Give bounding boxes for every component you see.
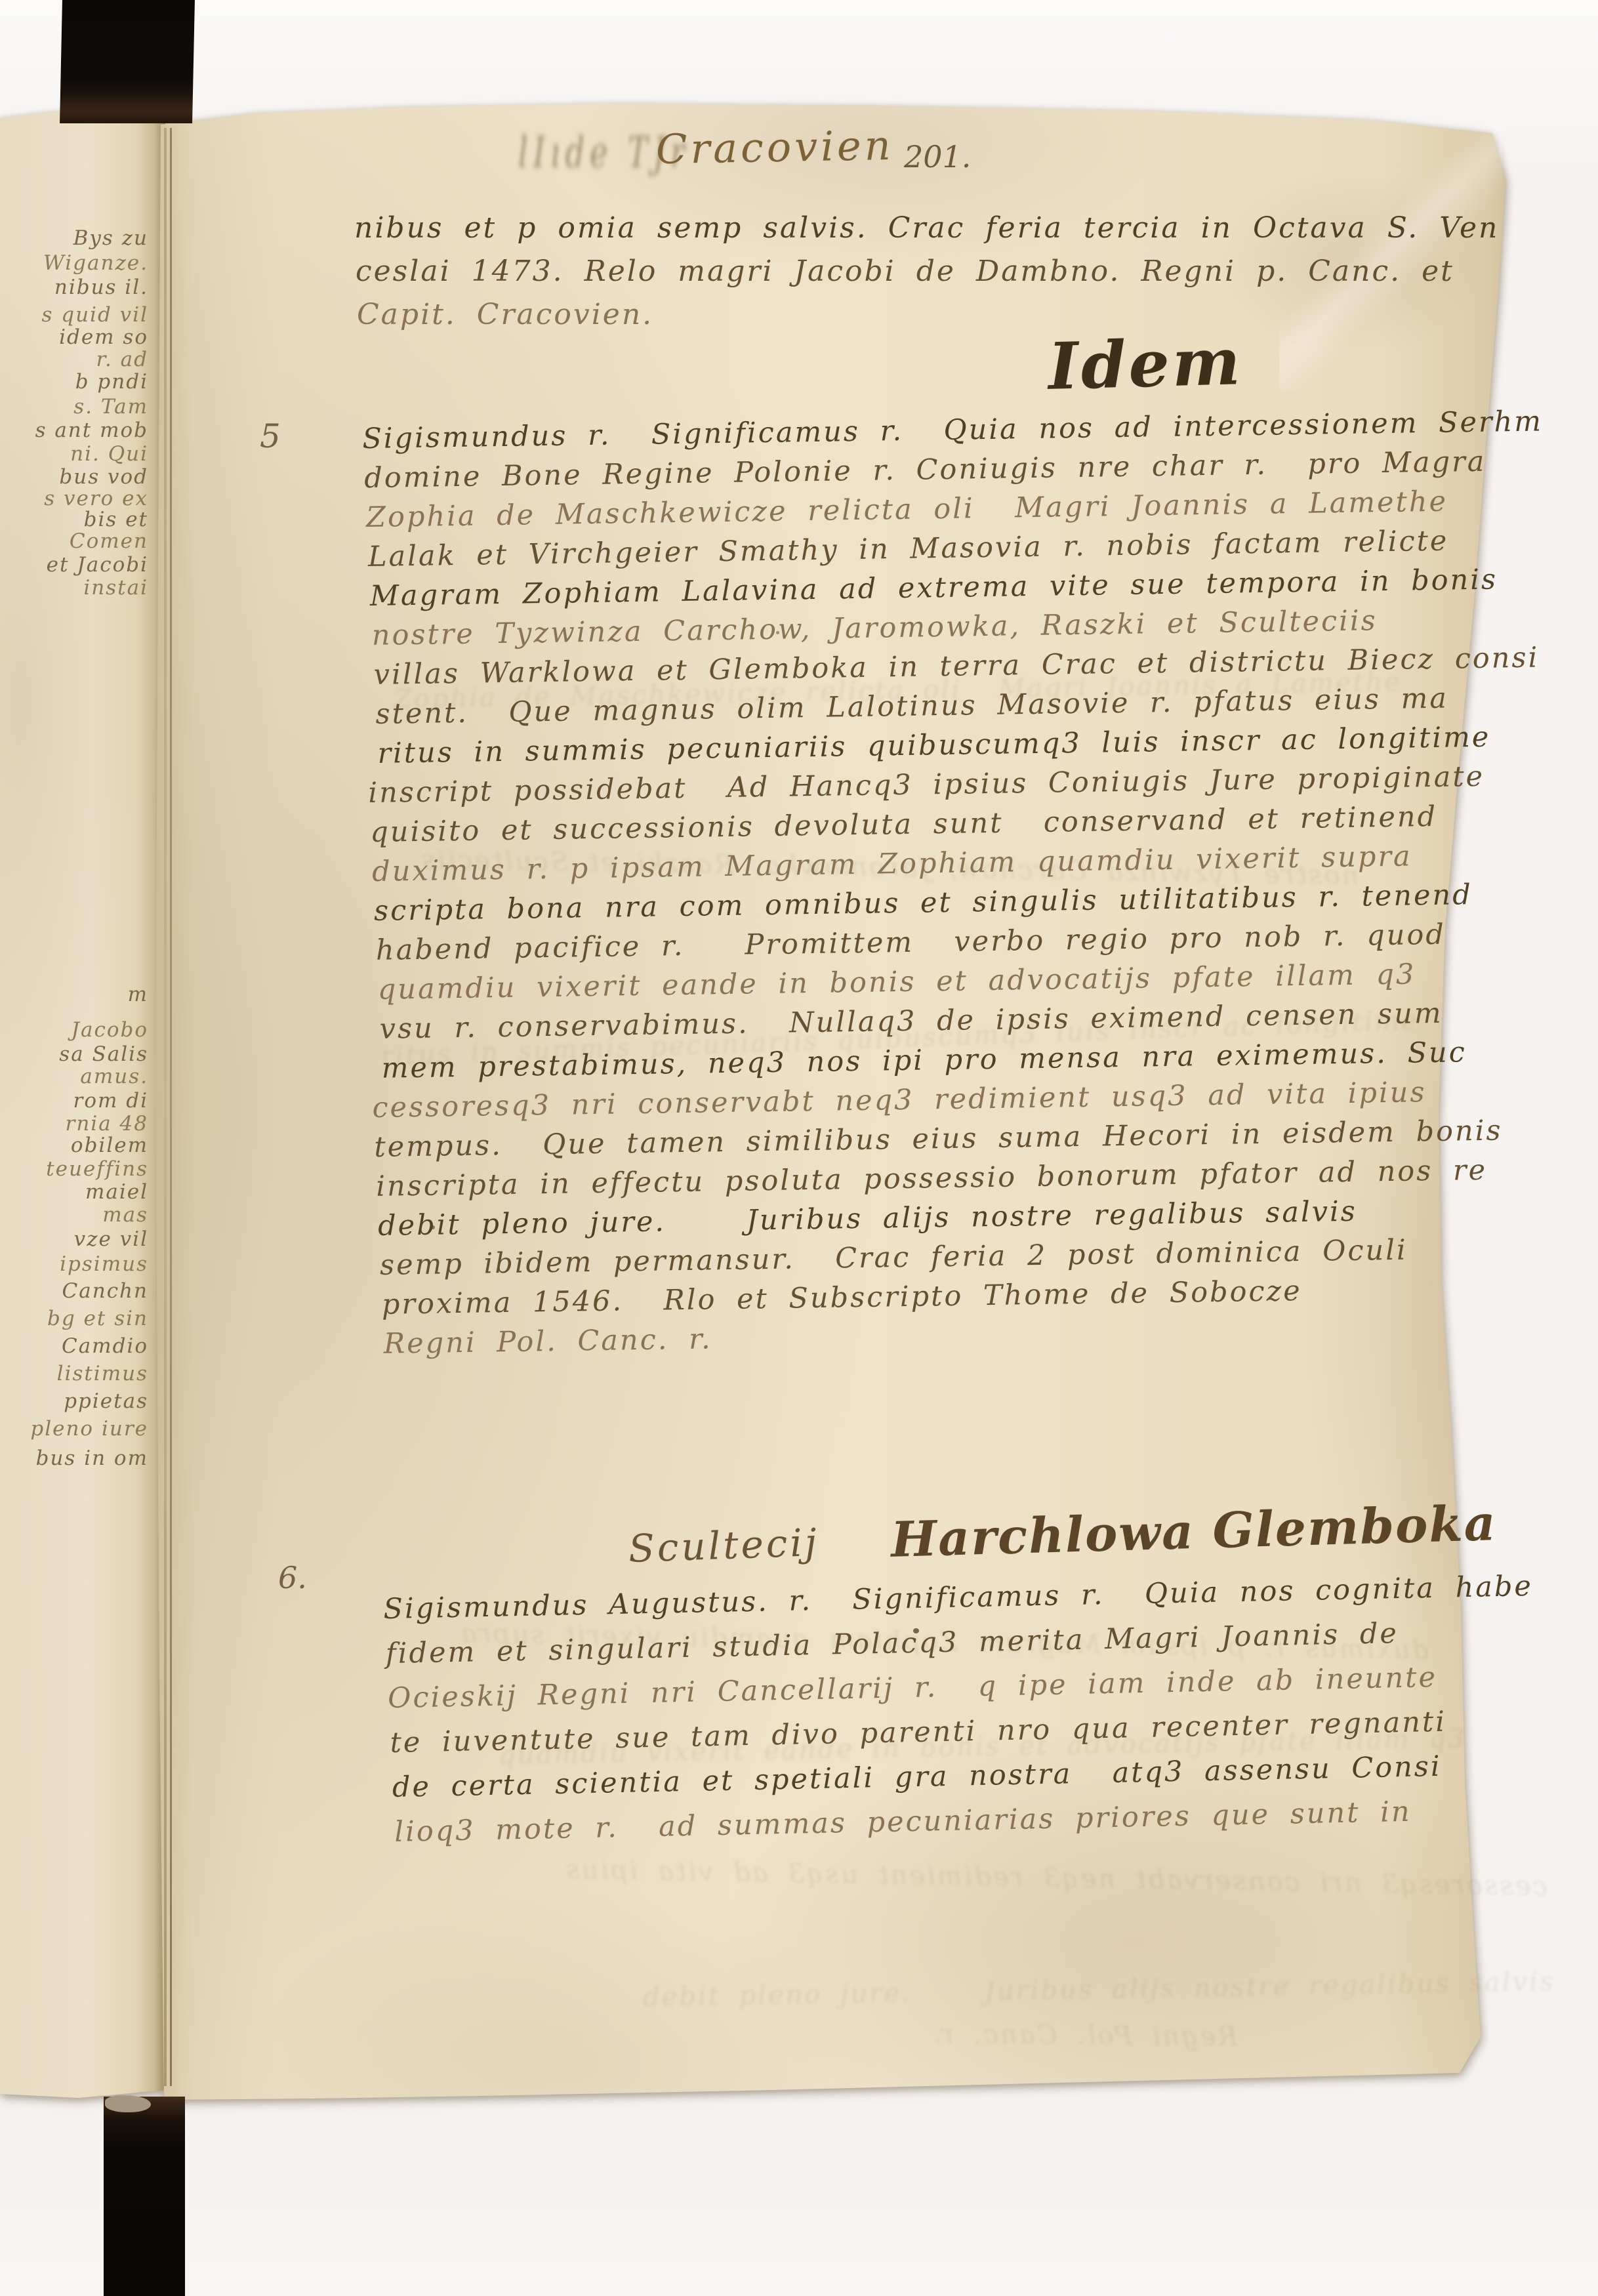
manuscript-line: nibus et p omia semp salvis. Crac feria …: [354, 211, 1499, 255]
facing-page-fragment: Bys zu: [73, 226, 148, 250]
paper-scrap: [105, 2095, 151, 2112]
manuscript-line: Capit. Cracovien.: [357, 298, 1502, 341]
facing-page-fragment: s vero ex: [44, 487, 148, 510]
facing-page-fragment: teueffins: [46, 1157, 148, 1181]
facing-page-fragment: bis et: [84, 508, 148, 531]
facing-page-fragment: idem so: [59, 325, 148, 349]
binding-strap-top: [60, 0, 195, 123]
running-header: Cracovien: [655, 121, 894, 173]
facing-page-fragment: ppietas: [64, 1389, 148, 1413]
facing-page-fragment: Camdio: [62, 1334, 148, 1358]
facing-page-fragment: pleno iure: [30, 1417, 148, 1441]
entry-heading-scultecij: Scultecij: [628, 1520, 820, 1571]
facing-page-fragment: s ant mob: [35, 419, 148, 442]
facing-page-fragment: Wiganze.: [43, 251, 148, 275]
facing-page-fragment: r. ad: [96, 348, 148, 371]
facing-page-edge: Bys zuWiganze.nibus il.s quid vilidem so…: [0, 104, 165, 2099]
facing-page-fragment: listimus: [57, 1362, 148, 1385]
margin-entry-number-6: 6.: [278, 1560, 307, 1595]
entry-heading-idem: Idem: [1048, 324, 1244, 405]
facing-page-fragment: rnia 48: [66, 1112, 148, 1136]
bleed-through-ghost-text: Regni Pol. Canc. r.: [932, 2019, 1238, 2052]
ink-speck: [431, 1225, 435, 1229]
facing-page-fragment: vze vil: [74, 1227, 148, 1251]
ink-speck: [913, 1628, 919, 1633]
facing-page-fragment: Jacobo: [72, 1018, 148, 1042]
manuscript-scan: Bys zuWiganze.nibus il.s quid vilidem so…: [0, 0, 1598, 2296]
facing-page-fragment: s. Tam: [73, 395, 148, 419]
gutter-leaf-edge: [170, 128, 172, 2086]
facing-page-fragment: m: [128, 983, 148, 1006]
facing-page-fragment: b pndi: [75, 370, 148, 394]
binding-strap-bottom: [104, 2097, 185, 2296]
intro-paragraph: nibus et p omia semp salvis. Crac feria …: [359, 211, 1504, 341]
facing-page-fragment: Canchn: [62, 1279, 148, 1303]
manuscript-line: ceslai 1473. Relo magri Jacobi de Dambno…: [356, 255, 1500, 298]
facing-page-fragment: bus vod: [59, 465, 148, 489]
entry-6-paragraph: Sigismundus Augustus. r. Significamus r.…: [388, 1570, 1544, 1860]
margin-entry-number-5: 5: [260, 417, 281, 455]
facing-page-fragment: et Jacobi: [47, 553, 148, 577]
gutter-leaf-edge: [164, 128, 167, 2086]
entry-5-paragraph: Sigismundus r. Significamus r. Quia nos …: [367, 405, 1562, 1367]
facing-page-fragment: amus.: [80, 1065, 148, 1088]
facing-page-fragment: mas: [102, 1203, 148, 1227]
facing-page-fragment: sa Salis: [59, 1042, 148, 1066]
facing-page-fragment: Comen: [70, 529, 148, 553]
page-number: 201.: [904, 139, 971, 174]
facing-page-fragment: nibus il.: [54, 276, 148, 299]
facing-page-fragment: bg et sin: [47, 1307, 148, 1330]
facing-page-fragment: ipsimus: [60, 1252, 148, 1276]
facing-page-fragment: ni. Qui: [70, 442, 148, 466]
facing-page-fragment: instai: [83, 576, 148, 600]
facing-page-fragment: obilem: [71, 1134, 148, 1157]
facing-page-fragment: bus in om: [36, 1446, 148, 1470]
facing-page-fragment: rom di: [73, 1089, 149, 1113]
facing-page-fragment: s quid vil: [41, 303, 148, 327]
ink-speck: [776, 631, 779, 634]
facing-page-fragment: maiel: [85, 1180, 148, 1204]
